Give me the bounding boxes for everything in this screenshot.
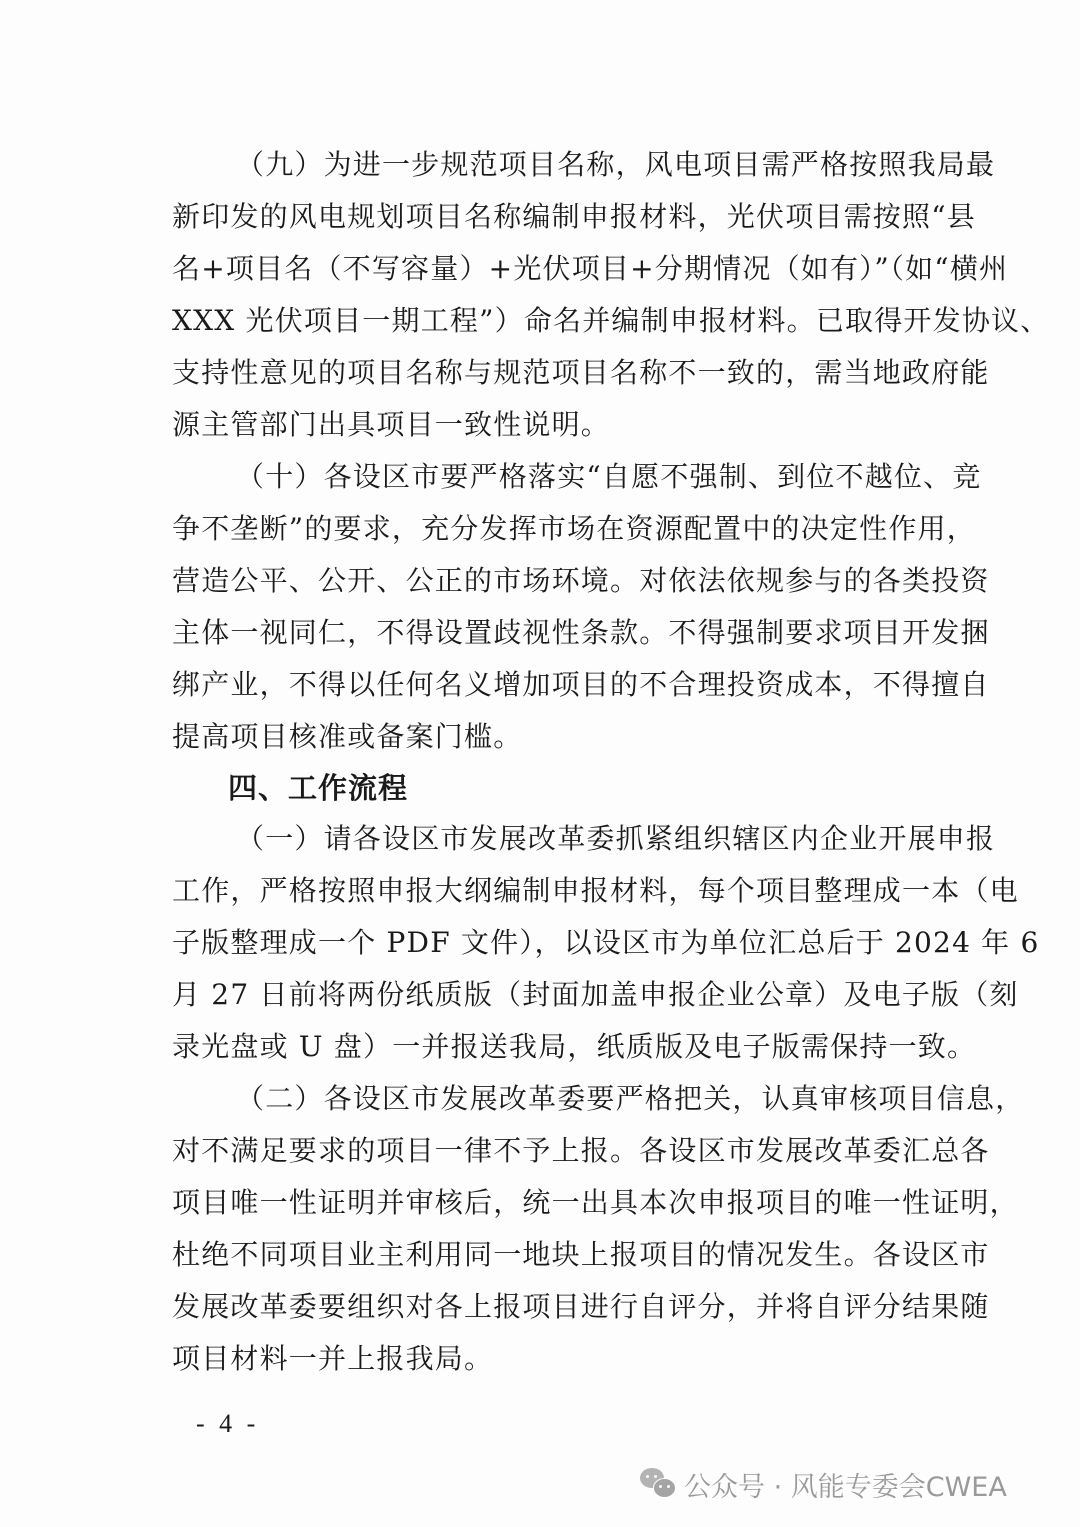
text-line: 录光盘或 U 盘）一并报送我局，纸质版及电子版需保持一致。 (172, 1021, 962, 1073)
text-line: 项目材料一并上报我局。 (172, 1333, 962, 1385)
text-line: 营造公平、公开、公正的市场环境。对依法依规参与的各类投资 (172, 555, 962, 607)
text-line: 绑产业，不得以任何名义增加项目的不合理投资成本，不得擅自 (172, 659, 962, 711)
text-line: （二）各设区市发展改革委要严格把关，认真审核项目信息， (236, 1073, 962, 1125)
text-line: 提高项目核准或备案门槛。 (172, 711, 962, 763)
page-number: - 4 - (196, 1404, 259, 1444)
text-line: 争不垄断”的要求，充分发挥市场在资源配置中的决定性作用， (172, 503, 962, 555)
watermark: 公众号 · 风能专委会CWEA (640, 1462, 1007, 1506)
watermark-text: 公众号 · 风能专委会CWEA (684, 1465, 1007, 1504)
text-line: 主体一视同仁，不得设置歧视性条款。不得强制要求项目开发捆 (172, 607, 962, 659)
text-line: 月 27 日前将两份纸质版（封面加盖申报企业公章）及电子版（刻 (172, 969, 962, 1021)
text-line: 项目唯一性证明并审核后，统一出具本次申报项目的唯一性证明， (172, 1177, 962, 1229)
text-line: 新印发的风电规划项目名称编制申报材料，光伏项目需按照“县 (172, 191, 962, 243)
text-line: （九）为进一步规范项目名称，风电项目需严格按照我局最 (236, 139, 962, 191)
document-page: （九）为进一步规范项目名称，风电项目需严格按照我局最 新印发的风电规划项目名称编… (0, 0, 1080, 1527)
text-line: 对不满足要求的项目一律不予上报。各设区市发展改革委汇总各 (172, 1125, 962, 1177)
section-heading: 四、工作流程 (228, 762, 408, 814)
text-line: 子版整理成一个 PDF 文件），以设区市为单位汇总后于 2024 年 6 (172, 917, 962, 969)
text-line: 名+项目名（不写容量）+光伏项目+分期情况（如有）”（如“横州 (172, 243, 962, 295)
text-line: 杜绝不同项目业主利用同一地块上报项目的情况发生。各设区市 (172, 1229, 962, 1281)
wechat-icon (640, 1468, 676, 1500)
text-line: 源主管部门出具项目一致性说明。 (172, 399, 962, 451)
text-line: （一）请各设区市发展改革委抓紧组织辖区内企业开展申报 (236, 813, 962, 865)
text-line: 支持性意见的项目名称与规范项目名称不一致的，需当地政府能 (172, 347, 962, 399)
text-line: （十）各设区市要严格落实“自愿不强制、到位不越位、竞 (236, 451, 962, 503)
text-line: XXX 光伏项目一期工程”）命名并编制申报材料。已取得开发协议、 (172, 295, 962, 347)
text-line: 发展改革委要组织对各上报项目进行自评分，并将自评分结果随 (172, 1281, 962, 1333)
text-line: 工作，严格按照申报大纲编制申报材料，每个项目整理成一本（电 (172, 865, 962, 917)
